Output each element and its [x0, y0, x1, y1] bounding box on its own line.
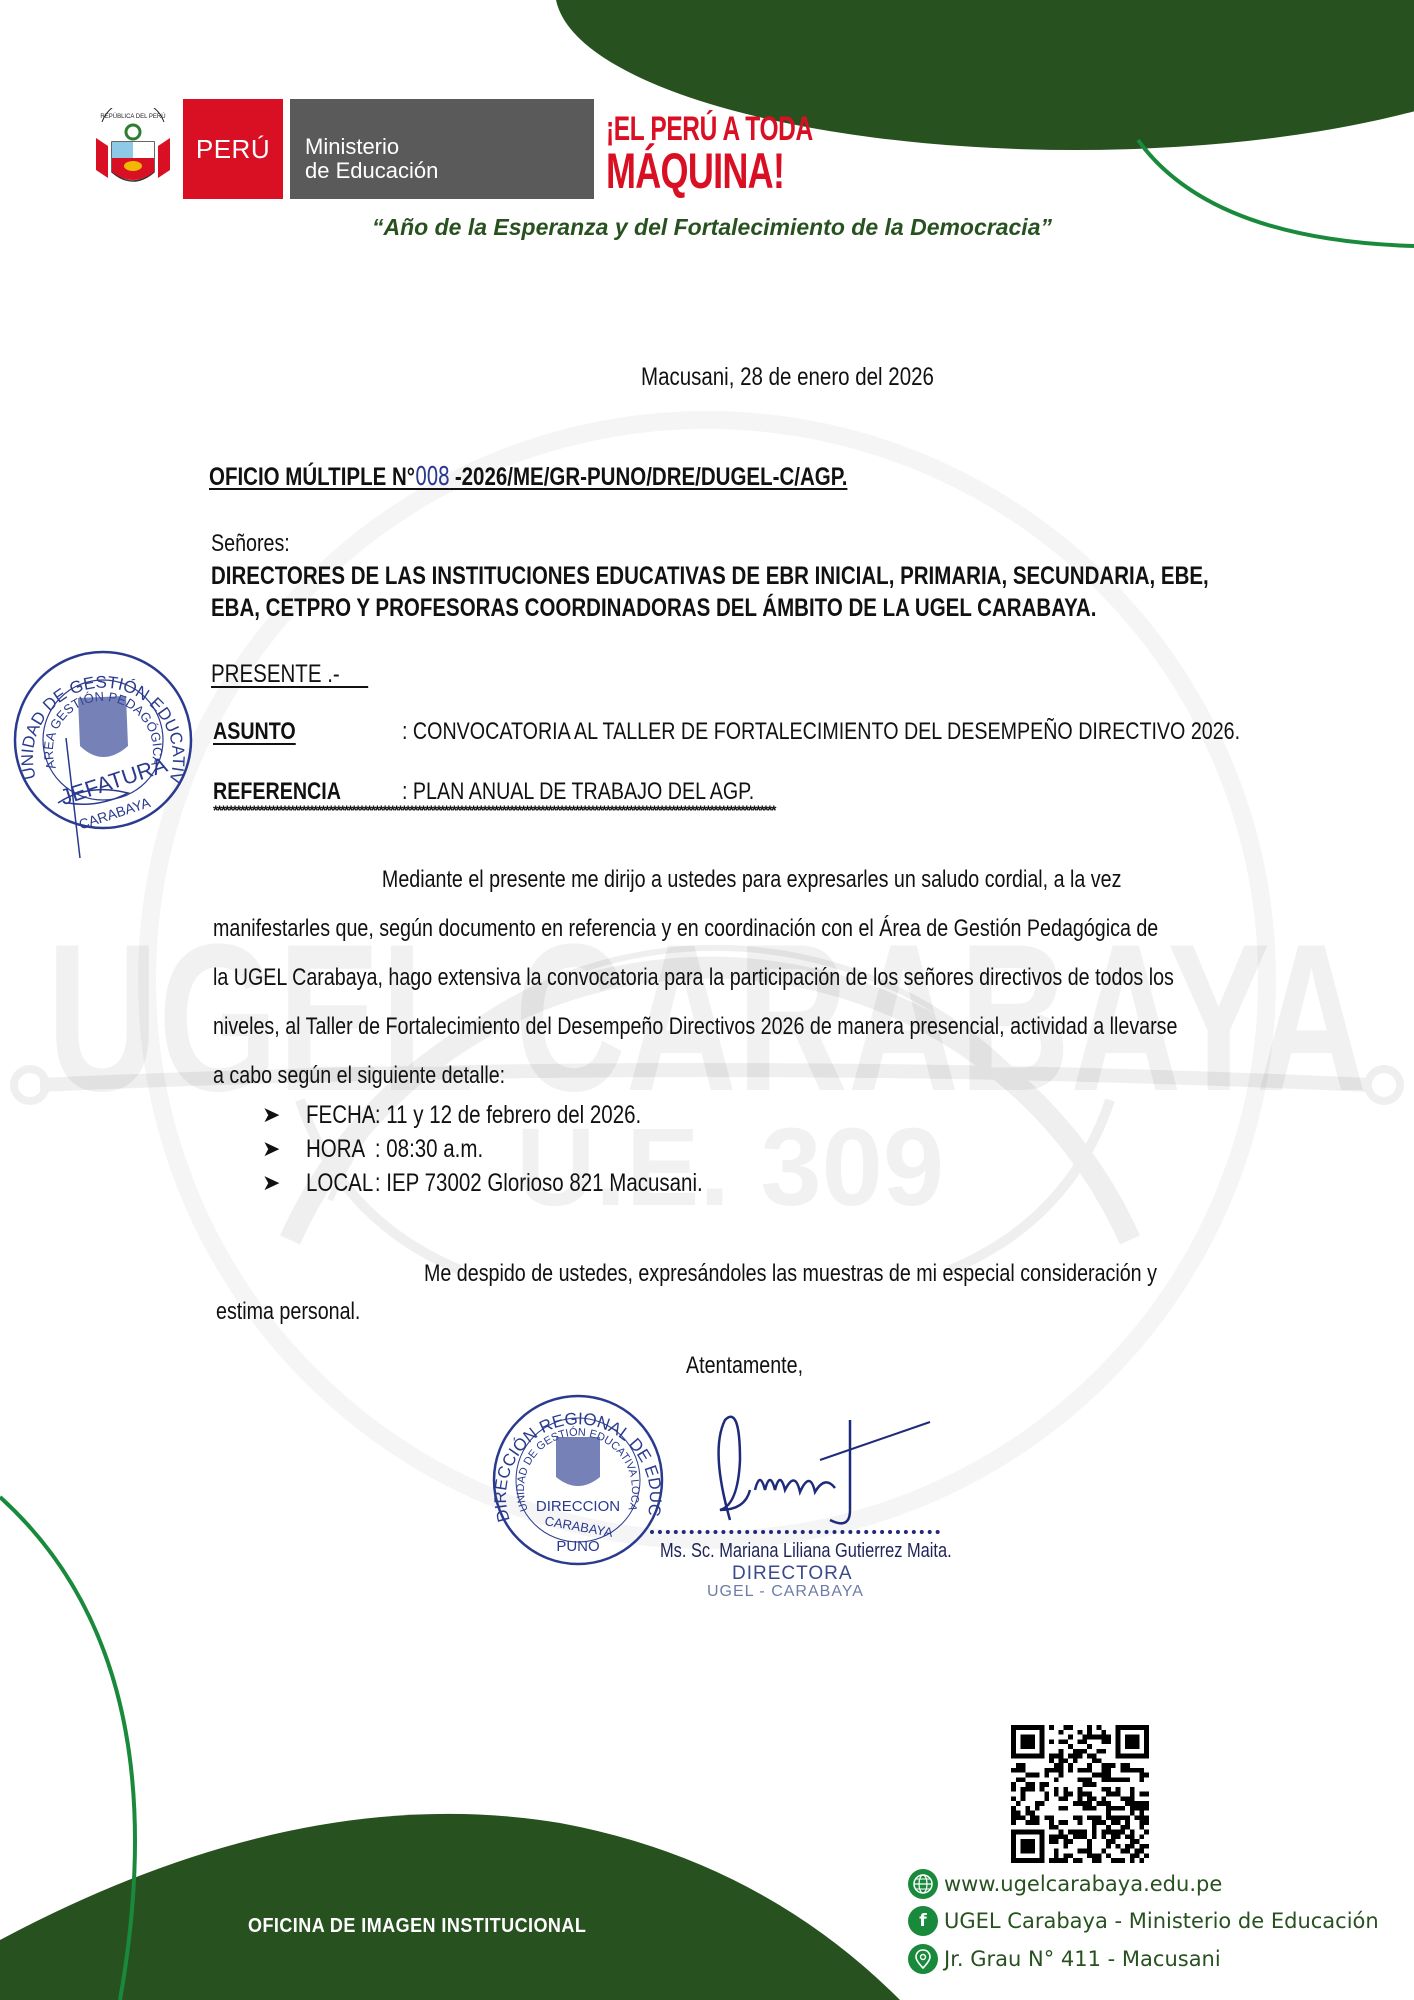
- detail-value: : 11 y 12 de febrero del 2026.: [375, 1098, 641, 1132]
- closing-line1: Me despido de ustedes, expresándoles las…: [424, 1260, 1157, 1288]
- detail-local: ➤ LOCAL: IEP 73002 Glorioso 821 Macusani…: [262, 1166, 790, 1200]
- asunto-value: : CONVOCATORIA AL TALLER DE FORTALECIMIE…: [402, 718, 1240, 746]
- detail-fecha: ➤ FECHA: 11 y 12 de febrero del 2026.: [262, 1098, 790, 1132]
- detail-value: : 08:30 a.m.: [375, 1132, 483, 1166]
- signatory-organization: UGEL - CARABAYA: [707, 1583, 864, 1601]
- signatory-title: DIRECTORA: [732, 1563, 853, 1585]
- ministry-line1: Ministerio: [305, 135, 594, 159]
- body-line: Mediante el presente me dirijo a ustedes…: [213, 855, 1093, 904]
- body-line: a cabo según el siguiente detalle:: [213, 1051, 1093, 1100]
- sign-off: Atentamente,: [686, 1352, 803, 1380]
- address-text: Jr. Grau N° 411 - Macusani: [944, 1947, 1221, 1971]
- detail-value: : IEP 73002 Glorioso 821 Macusani.: [375, 1166, 703, 1200]
- oficio-suffix: -2026/ME/GR-PUNO/DRE/DUGEL-C/AGP.: [449, 463, 847, 491]
- website-link[interactable]: www.ugelcarabaya.edu.pe: [944, 1872, 1222, 1896]
- stamp-bottom-text: CARABAYA: [544, 1513, 615, 1540]
- footer-office-name: OFICINA DE IMAGEN INSTITUCIONAL: [248, 1915, 586, 1938]
- body-line: manifestarles que, según documento en re…: [213, 904, 1093, 953]
- peru-coat-of-arms-logo: REPÚBLICA DEL PERÚ: [92, 108, 174, 198]
- stamp-bottom-text: PUNO: [556, 1538, 599, 1555]
- body-paragraph: Mediante el presente me dirijo a ustedes…: [213, 855, 1286, 1100]
- referencia-label: REFERENCIA: [213, 778, 341, 806]
- contact-address: Jr. Grau N° 411 - Macusani: [908, 1944, 1221, 1974]
- oficio-number: OFICIO MÚLTIPLE N°008 -2026/ME/GR-PUNO/D…: [209, 462, 847, 492]
- facebook-link[interactable]: UGEL Carabaya - Ministerio de Educación: [944, 1909, 1379, 1933]
- body-line: niveles, al Taller de Fortalecimiento de…: [213, 1002, 1093, 1051]
- government-slogan: ¡EL PERÚ A TODA MÁQUINA!: [606, 112, 813, 196]
- stamp-center-text: JEFATURA: [57, 752, 170, 810]
- place-date: Macusani, 28 de enero del 2026: [641, 363, 934, 392]
- location-pin-icon: [908, 1944, 938, 1974]
- facebook-icon: f: [908, 1906, 938, 1936]
- contact-website[interactable]: www.ugelcarabaya.edu.pe: [908, 1869, 1222, 1899]
- detail-label: FECHA: [306, 1098, 375, 1132]
- stamp-center-text: DIRECCION: [536, 1498, 620, 1515]
- event-details-list: ➤ FECHA: 11 y 12 de febrero del 2026. ➤ …: [262, 1098, 790, 1200]
- year-motto: “Año de la Esperanza y del Fortalecimien…: [0, 214, 1414, 241]
- signatory-name: Ms. Sc. Mariana Liliana Gutierrez Maita.: [660, 1540, 952, 1563]
- globe-icon: [908, 1869, 938, 1899]
- oficio-prefix: OFICIO MÚLTIPLE N°: [209, 463, 415, 491]
- arrow-bullet-icon: ➤: [262, 1132, 306, 1166]
- peru-brand-box: PERÚ: [183, 99, 283, 199]
- arrow-bullet-icon: ➤: [262, 1098, 306, 1132]
- agp-stamp: UNIDAD DE GESTIÓN EDUCATIVA LOCAL - AREA…: [8, 628, 198, 863]
- signature-line: [650, 1530, 940, 1534]
- recipients-line1: DIRECTORES DE LAS INSTITUCIONES EDUCATIV…: [211, 562, 1209, 591]
- slogan-line2: MÁQUINA!: [606, 146, 813, 196]
- handwritten-signature: [700, 1410, 940, 1545]
- detail-label: HORA: [306, 1132, 375, 1166]
- oficio-handwritten-number: 008: [415, 462, 449, 492]
- detail-label: LOCAL: [306, 1166, 375, 1200]
- presente-label: PRESENTE .-: [211, 660, 368, 689]
- detail-hora: ➤ HORA: 08:30 a.m.: [262, 1132, 790, 1166]
- closing-line2: estima personal.: [216, 1298, 360, 1326]
- ministry-line2: de Educación: [305, 159, 594, 183]
- ministry-brand-box: Ministerio de Educación: [290, 99, 594, 199]
- arrow-bullet-icon: ➤: [262, 1166, 306, 1200]
- qr-code[interactable]: [1011, 1725, 1149, 1863]
- peru-label: PERÚ: [196, 134, 270, 165]
- separator-line: ****************************************…: [213, 805, 1287, 815]
- referencia-value: : PLAN ANUAL DE TRABAJO DEL AGP.: [402, 778, 754, 806]
- slogan-line1: ¡EL PERÚ A TODA: [606, 112, 813, 146]
- asunto-label: ASUNTO: [213, 718, 296, 746]
- salutation: Señores:: [211, 530, 290, 558]
- direccion-stamp: DIRECCIÓN REGIONAL DE EDUCACIÓN UNIDAD D…: [488, 1385, 668, 1580]
- recipients-line2: EBA, CETPRO Y PROFESORAS COORDINADORAS D…: [211, 594, 1096, 623]
- year-motto-text: “Año de la Esperanza y del Fortalecimien…: [372, 214, 1052, 241]
- body-line: la UGEL Carabaya, hago extensiva la conv…: [213, 953, 1093, 1002]
- svg-text:REPÚBLICA DEL PERÚ: REPÚBLICA DEL PERÚ: [100, 113, 165, 120]
- contact-facebook[interactable]: f UGEL Carabaya - Ministerio de Educació…: [908, 1906, 1379, 1936]
